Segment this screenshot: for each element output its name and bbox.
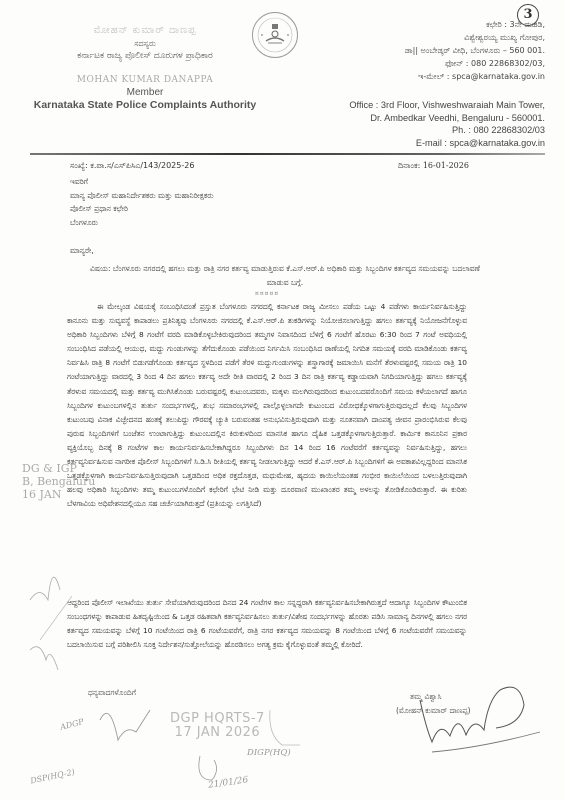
stamp-place: B, Bengaluru xyxy=(22,475,95,488)
letter-date: ದಿನಾಂಕ: 16-01-2026 xyxy=(398,161,469,171)
member-name-kannada: ಮೋಹನ್ ಕುಮಾರ್ ದಾಣಪ್ಪ xyxy=(30,24,260,38)
reference-number: ಸಂಖ್ಯೆ: ಕ.ಪಾ.ಸ/ಎಸ್‌ಪಿಸಿಎ/143/2025-26 xyxy=(70,161,194,171)
salutation: ಮಾನ್ಯರೇ, xyxy=(70,246,94,256)
stamp-date: 16 JAN xyxy=(22,488,95,501)
address-english-line: Office : 3rd Floor, Vishweshwaraiah Main… xyxy=(349,99,545,112)
signatory-name: (ಮೋಹನ್ ಕುಮಾರ್ ದಾಣಪ್ಪ) xyxy=(396,704,471,718)
recipient-line: ಬೆಂಗಳೂರು xyxy=(70,216,214,230)
authority-name-kannada: ಕರ್ನಾಟಕ ರಾಜ್ಯ ಪೊಲೀಸ್ ದೂರುಗಳ ಪ್ರಾಧಿಕಾರ xyxy=(30,50,260,63)
address-kannada-line: ಇ-ಮೇಲ್ : spca@karnataka.gov.in xyxy=(405,70,545,83)
letterhead-divider xyxy=(30,153,545,155)
body-paragraph: ಆದ್ದರಿಂದ ಪೊಲೀಸ್ ಇಲಾಖೆಯು ತುರ್ತು ಸೇವೆಯಾಗಿರ… xyxy=(67,596,467,652)
section-separator: ¤¤¤¤¤ xyxy=(255,290,279,297)
address-english-line: E-mail : spca@karnataka.gov.in xyxy=(349,137,545,150)
signature-block: ತಮ್ಮ ವಿಶ್ವಾಸಿ (ಮೋಹನ್ ಕುಮಾರ್ ದಾಣಪ್ಪ) xyxy=(410,690,471,718)
address-english-line: Dr. Ambedkar Veedhi, Bengaluru - 560001. xyxy=(349,112,545,125)
recipient-line: ಪೊಲೀಸ್ ಪ್ರಧಾನ ಕಛೇರಿ xyxy=(70,202,214,216)
stamp-date: 17 JAN 2026 xyxy=(170,726,265,740)
dgp-received-stamp: DGP HQRTS-7 17 JAN 2026 xyxy=(170,712,265,740)
handwritten-note: DSP(HQ-2) xyxy=(30,767,76,785)
handwritten-note: DIGP(HQ) xyxy=(247,748,291,758)
recipient-block: ಇವರಿಗೆ ಮಾನ್ಯ ಪೊಲೀಸ್ ಮಹಾನಿರ್ದೇಶಕರು ಮತ್ತು … xyxy=(70,175,214,229)
address-english: Office : 3rd Floor, Vishweshwaraiah Main… xyxy=(349,99,545,149)
address-kannada-line: ಡಾ|| ಅಂಬೇಡ್ಕರ್ ವೀಧಿ, ಬೆಂಗಳೂರು – 560 001. xyxy=(405,44,545,57)
inward-stamp: DG & IGP B, Bengaluru 16 JAN xyxy=(22,462,95,501)
address-kannada-line: ಫೋನ್ : 080 22868302/03, xyxy=(405,57,545,70)
subject-line: ವಿಷಯ: ಬೆಂಗಳೂರು ನಗರದಲ್ಲಿ ಹಗಲು ಮತ್ತು ರಾತ್ರ… xyxy=(85,262,485,290)
letterhead-left: ಮೋಹನ್ ಕುಮಾರ್ ದಾಣಪ್ಪ ಸದಸ್ಯರು ಕರ್ನಾಟಕ ರಾಜ್… xyxy=(30,24,260,111)
stamp-office: DGP HQRTS-7 xyxy=(170,711,265,726)
member-designation-kannada: ಸದಸ್ಯರು xyxy=(30,38,260,50)
signoff: ತಮ್ಮ ವಿಶ್ವಾಸಿ xyxy=(410,690,471,704)
handwritten-note: ADGP xyxy=(59,717,84,732)
to-label: ಇವರಿಗೆ xyxy=(70,175,214,189)
letter-page: 3 ಮೋಹನ್ ಕುಮಾರ್ ದಾಣಪ್ಪ ಸದಸ್ಯರು ಕರ್ನಾಟಕ ರಾ… xyxy=(0,0,565,800)
state-emblem-icon xyxy=(252,12,298,58)
handwritten-date: 21/01/26 xyxy=(208,775,249,791)
address-kannada: ಕಛೇರಿ : 3ನೇ ಮಹಡಿ, ವಿಶ್ವೇಶ್ವರಯ್ಯ ಮುಖ್ಯ ಗೋ… xyxy=(405,18,545,83)
body-paragraph: ಈ ಮೇಲ್ಕಂಡ ವಿಷಯಕ್ಕೆ ಸಂಬಂಧಿಸಿದಂತೆ ಪ್ರಸ್ತುತ… xyxy=(67,300,467,511)
address-kannada-line: ವಿಶ್ವೇಶ್ವರಯ್ಯ ಮುಖ್ಯ ಗೋಪುರ, xyxy=(405,31,545,44)
address-english-line: Ph. : 080 22868302/03 xyxy=(349,124,545,137)
member-designation-english: Member xyxy=(30,87,260,98)
recipient-line: ಮಾನ್ಯ ಪೊಲೀಸ್ ಮಹಾನಿರ್ದೇಶಕರು ಮತ್ತು ಮಹಾನಿರೀ… xyxy=(70,189,214,203)
authority-name-english: Karnataka State Police Complaints Author… xyxy=(30,99,260,111)
address-kannada-line: ಕಛೇರಿ : 3ನೇ ಮಹಡಿ, xyxy=(405,18,545,31)
closing-phrase: ಧನ್ಯವಾದಗಳೊಂದಿಗೆ xyxy=(88,688,136,698)
stamp-office: DG & IGP xyxy=(22,462,95,475)
member-name-english: MOHAN KUMAR DANAPPA xyxy=(30,75,260,85)
